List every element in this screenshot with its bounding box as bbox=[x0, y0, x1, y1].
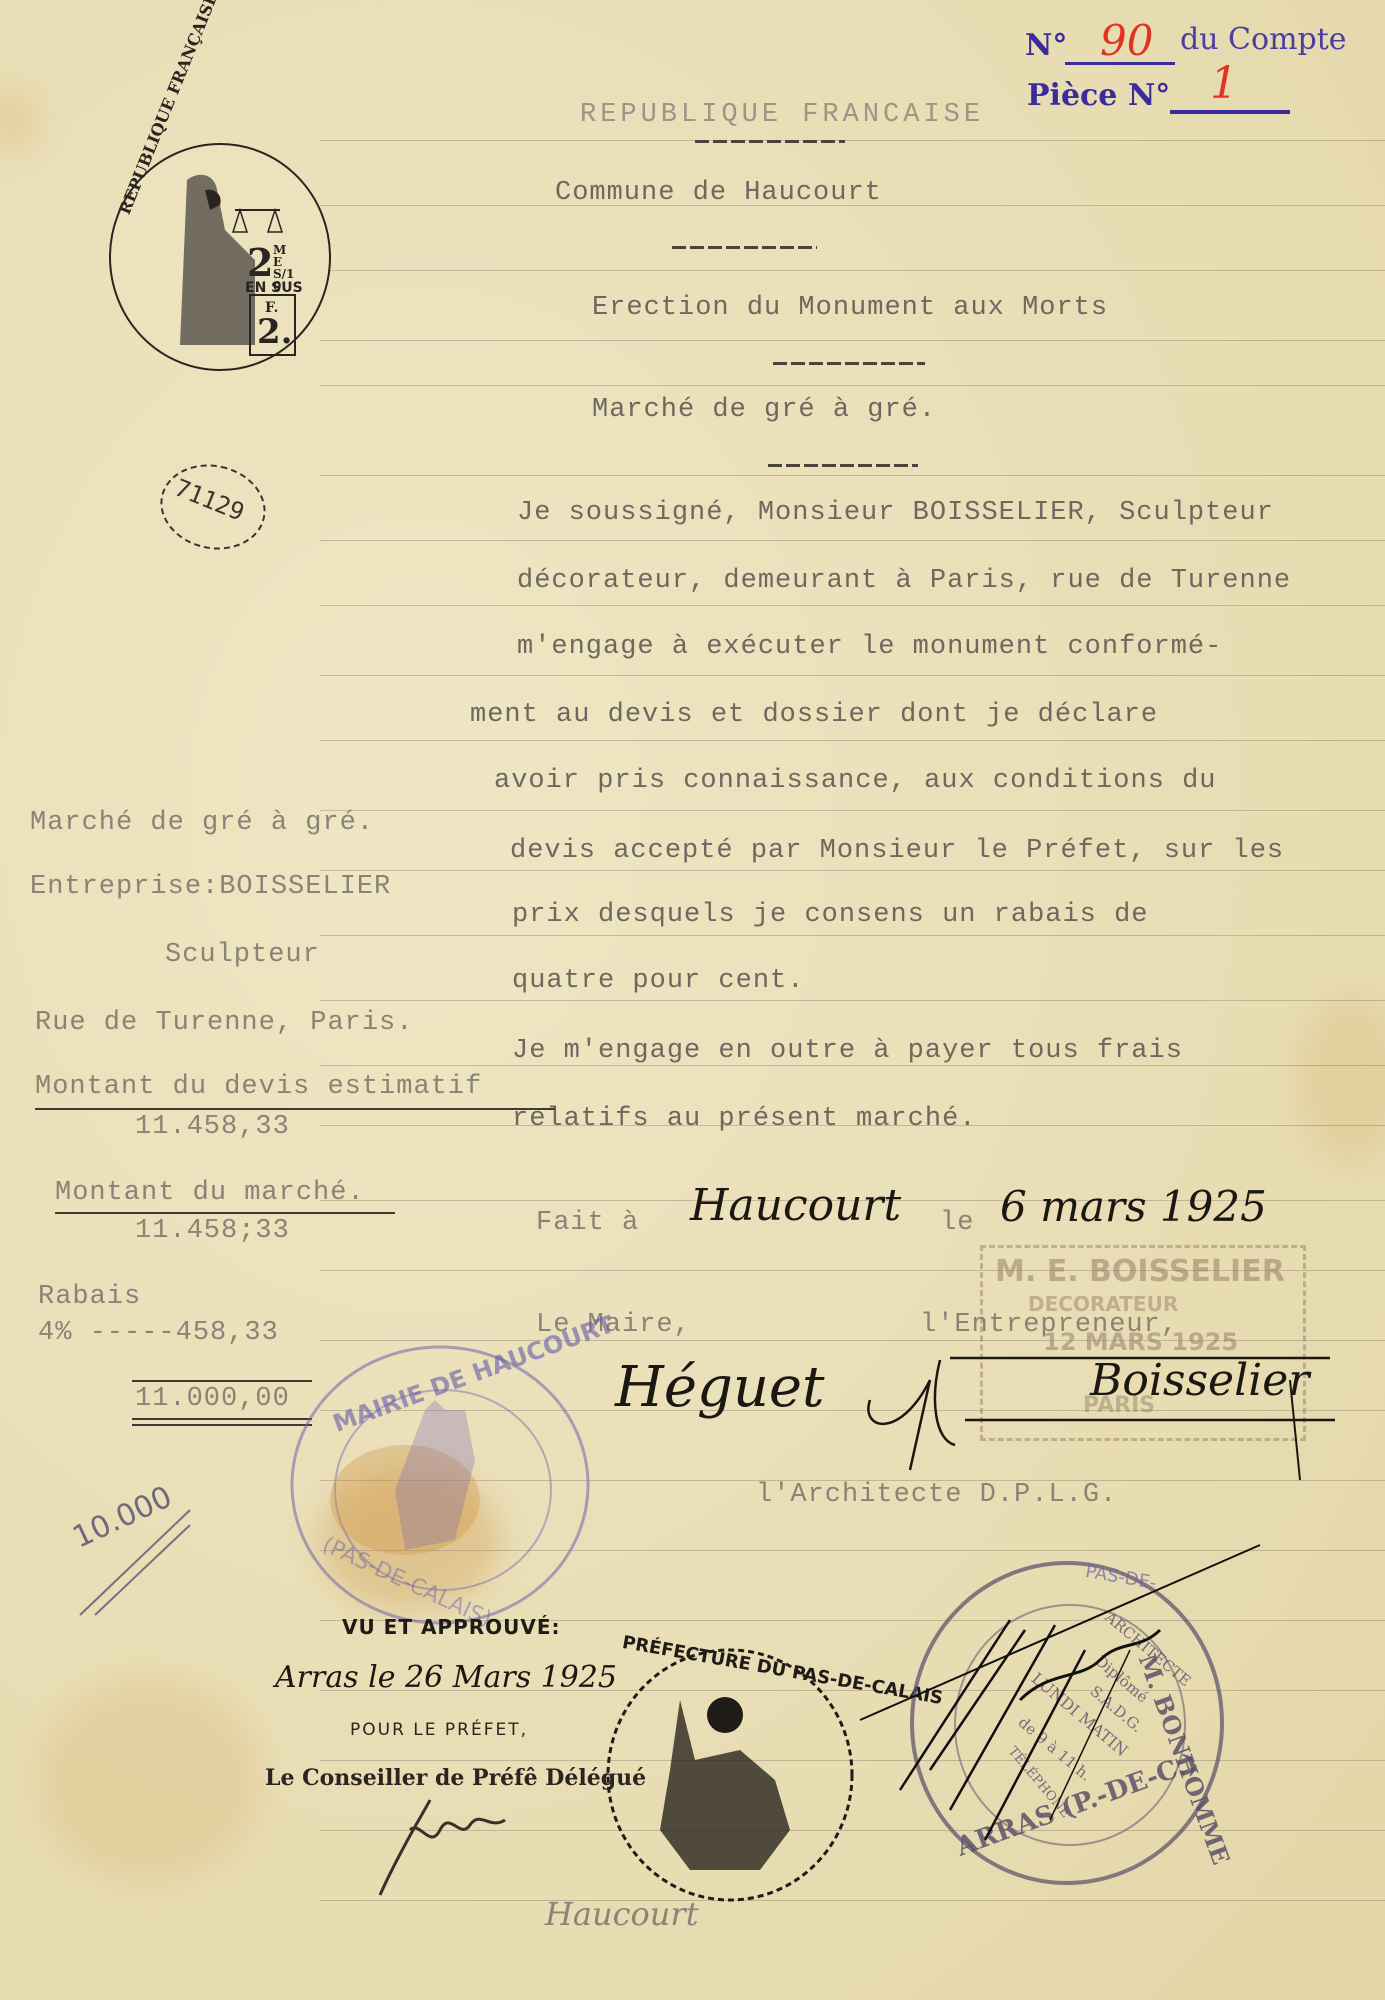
margin-profession: Sculpteur bbox=[165, 940, 320, 970]
devis-underline bbox=[35, 1108, 555, 1110]
ruled-line bbox=[320, 475, 1385, 476]
compte-label: du Compte bbox=[1180, 22, 1347, 57]
devis-value: 11.458,33 bbox=[135, 1112, 290, 1142]
marche-value: 11.458;33 bbox=[135, 1216, 290, 1246]
ruled-line bbox=[320, 740, 1385, 741]
header-divider bbox=[695, 140, 845, 143]
paper-stain bbox=[40, 1680, 260, 1880]
fiscal-en-sus: EN SUS bbox=[245, 280, 303, 296]
paper-stain bbox=[1300, 1000, 1385, 1160]
ruled-line bbox=[320, 270, 1385, 271]
body-line: Je m'engage en outre à payer tous frais bbox=[512, 1036, 1183, 1066]
contract-type-title: Marché de gré à gré. bbox=[592, 395, 936, 425]
ruled-line bbox=[320, 385, 1385, 386]
approval-pour-prefet: POUR LE PRÉFET, bbox=[350, 1720, 528, 1740]
fiscal-stamp: REPUBLIQUE FRANÇAISE 2 MES/10 EN SUS F. … bbox=[105, 140, 335, 375]
body-line: Je soussigné, Monsieur BOISSELIER, Sculp… bbox=[517, 498, 1274, 528]
ruled-line bbox=[320, 810, 1385, 811]
piece-number-value: 1 bbox=[1210, 58, 1238, 109]
entrepreneur-stamp-name: M. E. BOISSELIER bbox=[995, 1254, 1285, 1289]
piece-label: Pièce N° bbox=[1027, 78, 1170, 113]
ruled-line bbox=[320, 540, 1385, 541]
pencil-double-stroke-icon bbox=[75, 1500, 195, 1620]
rabais-line: 4% -----458,33 bbox=[38, 1318, 279, 1348]
architect-signature-strokes-icon bbox=[860, 1540, 1280, 1870]
margin-title: Marché de gré à gré. bbox=[30, 808, 374, 838]
fiscal-franc-value: 2. bbox=[257, 312, 293, 352]
ruled-line bbox=[320, 605, 1385, 606]
piece-underline bbox=[1170, 110, 1290, 114]
ruled-line bbox=[320, 1000, 1385, 1001]
marche-label: Montant du marché. bbox=[55, 1178, 365, 1208]
entrepreneur-signature: Boisselier bbox=[1090, 1355, 1309, 1406]
registration-oval-stamp: 71129 bbox=[152, 455, 273, 559]
body-line: m'engage à exécuter le monument conformé… bbox=[517, 632, 1222, 662]
commune-divider bbox=[672, 246, 817, 249]
maire-signature: Héguet bbox=[615, 1355, 825, 1420]
body-line: relatifs au présent marché. bbox=[512, 1104, 976, 1134]
prefecture-seal: PRÉFECTURE DU PAS-DE-CALAIS bbox=[600, 1640, 860, 1910]
ruled-line bbox=[320, 140, 1385, 141]
contract-divider bbox=[768, 464, 918, 467]
entrepreneur-label: l'Entrepreneur, bbox=[920, 1310, 1178, 1340]
registration-number: 71129 bbox=[171, 474, 248, 527]
paper-stain bbox=[0, 90, 40, 150]
body-line: avoir pris connaissance, aux conditions … bbox=[494, 766, 1217, 796]
body-line: décorateur, demeurant à Paris, rue de Tu… bbox=[517, 566, 1291, 596]
mairie-seal: MAIRIE DE HAUCOURT (PAS-DE-CALAIS) bbox=[285, 1340, 595, 1630]
ruled-line bbox=[320, 935, 1385, 936]
body-line: prix desquels je consens un rabais de bbox=[512, 900, 1149, 930]
subject-title: Erection du Monument aux Morts bbox=[592, 293, 1108, 323]
body-line: devis accepté par Monsieur le Préfet, su… bbox=[510, 836, 1284, 866]
approval-heading: VU ET APPROUVÉ: bbox=[342, 1615, 561, 1639]
approval-conseiller: Le Conseiller de Préfê Délégué bbox=[265, 1765, 646, 1791]
account-number-value: 90 bbox=[1100, 16, 1153, 65]
date-handwritten: 6 mars 1925 bbox=[1000, 1182, 1267, 1231]
body-line: quatre pour cent. bbox=[512, 966, 804, 996]
place-handwritten: Haucourt bbox=[690, 1180, 901, 1231]
number-label: N° bbox=[1025, 28, 1067, 63]
architecte-label: l'Architecte D.P.L.G. bbox=[756, 1480, 1117, 1510]
fiscal-value-main: 2 bbox=[247, 240, 273, 285]
document-page: N° 90 du Compte Pièce N° 1 REPUBLIQUE FR… bbox=[0, 0, 1385, 2000]
prefet-signature-icon bbox=[370, 1790, 550, 1900]
le-label: le bbox=[940, 1208, 974, 1238]
fait-a-label: Fait à bbox=[536, 1208, 639, 1238]
subject-divider bbox=[773, 362, 925, 365]
ruled-line bbox=[320, 675, 1385, 676]
rabais-label: Rabais bbox=[38, 1282, 141, 1312]
ruled-line bbox=[320, 870, 1385, 871]
account-reference-stamp: N° 90 du Compte Pièce N° 1 bbox=[1020, 18, 1380, 128]
margin-address: Rue de Turenne, Paris. bbox=[35, 1008, 413, 1038]
commune-title: Commune de Haucourt bbox=[555, 178, 882, 208]
approval-arras-date: Arras le 26 Mars 1925 bbox=[275, 1660, 617, 1695]
margin-entreprise: Entreprise:BOISSELIER bbox=[30, 872, 391, 902]
republic-header: REPUBLIQUE FRANCAISE bbox=[580, 100, 984, 130]
body-line: ment au devis et dossier dont je déclare bbox=[470, 700, 1158, 730]
ruled-line bbox=[320, 340, 1385, 341]
total-value: 11.000,00 bbox=[135, 1384, 290, 1414]
devis-label: Montant du devis estimatif bbox=[35, 1072, 482, 1102]
marche-underline bbox=[55, 1212, 395, 1214]
